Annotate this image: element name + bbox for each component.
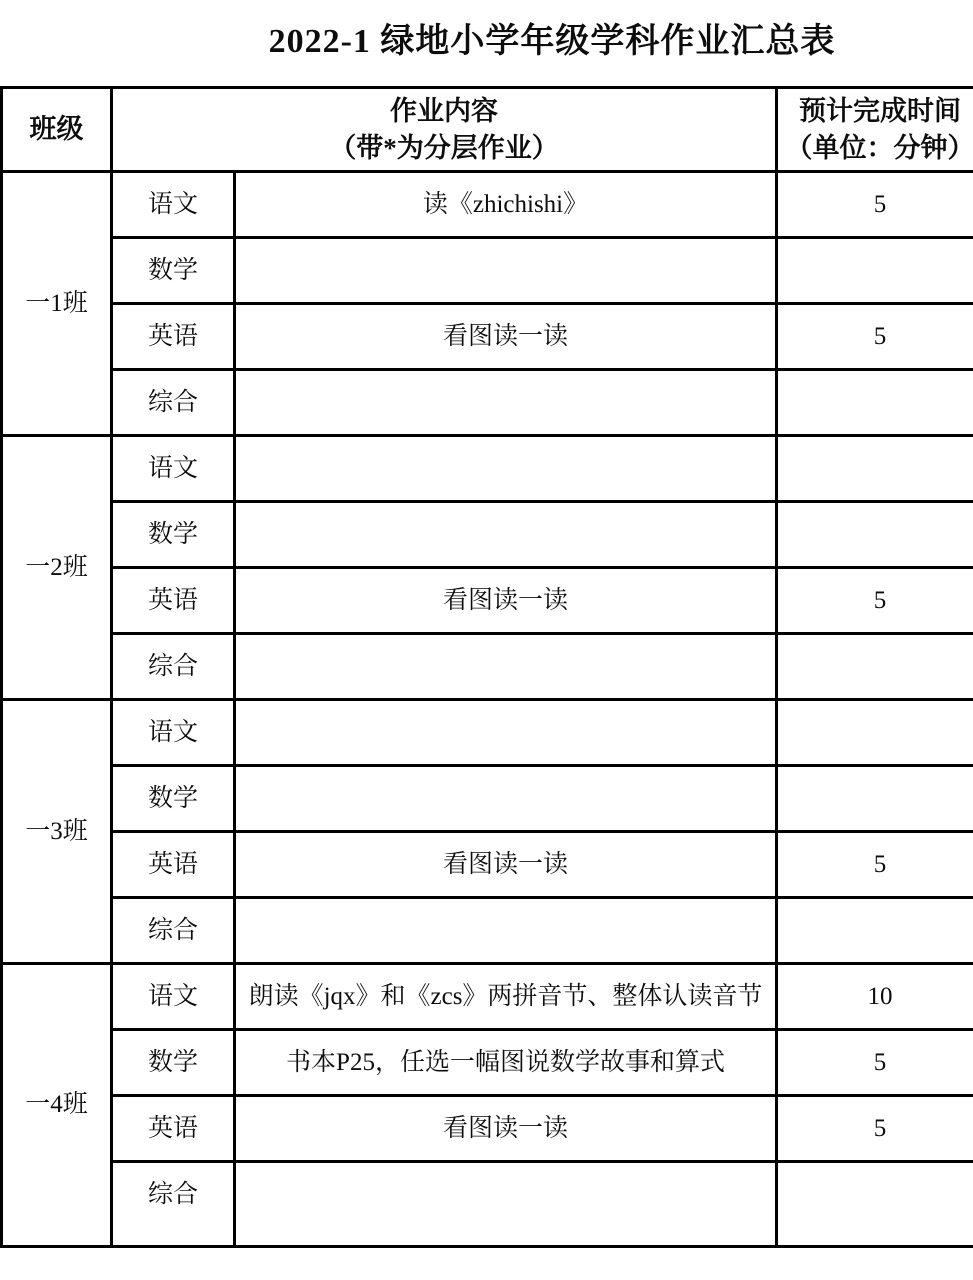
time-cell: 5 [777, 172, 973, 238]
subject-cell: 英语 [112, 568, 235, 634]
time-cell [777, 1162, 973, 1247]
subject-cell: 语文 [112, 964, 235, 1030]
subject-cell: 数学 [112, 238, 235, 304]
table-row: 英语 看图读一读 5 [2, 568, 973, 634]
subject-cell: 语文 [112, 172, 235, 238]
class-label-1: 一1班 [2, 172, 112, 436]
time-cell: 5 [777, 1030, 973, 1096]
table-row: 综合 [2, 634, 973, 700]
subject-cell: 英语 [112, 304, 235, 370]
subject-cell: 综合 [112, 1162, 235, 1247]
header-content: 作业内容 （带*为分层作业） [112, 88, 777, 172]
time-cell [777, 238, 973, 304]
table-row: 数学 [2, 766, 973, 832]
time-cell [777, 898, 973, 964]
time-cell [777, 370, 973, 436]
table-row: 综合 [2, 370, 973, 436]
table-row: 英语 看图读一读 5 [2, 832, 973, 898]
time-cell: 5 [777, 1096, 973, 1162]
time-cell [777, 436, 973, 502]
subject-cell: 综合 [112, 898, 235, 964]
header-class: 班级 [2, 88, 112, 172]
table-row: 综合 [2, 898, 973, 964]
subject-cell: 语文 [112, 700, 235, 766]
subject-cell: 语文 [112, 436, 235, 502]
subject-cell: 综合 [112, 370, 235, 436]
table-row: 数学 [2, 502, 973, 568]
subject-cell: 数学 [112, 502, 235, 568]
table-row: 一2班 语文 [2, 436, 973, 502]
table-row: 一3班 语文 [2, 700, 973, 766]
homework-summary-table: 班级 作业内容 （带*为分层作业） 预计完成时间 （单位：分钟） 一1班 语文 … [0, 86, 973, 1248]
page-title: 2022-1 绿地小学年级学科作业汇总表 [269, 13, 836, 62]
table-row: 综合 [2, 1162, 973, 1247]
header-time: 预计完成时间 （单位：分钟） [777, 88, 973, 172]
time-cell: 5 [777, 832, 973, 898]
content-cell [235, 502, 777, 568]
class-label-3: 一3班 [2, 700, 112, 964]
time-cell: 5 [777, 568, 973, 634]
content-cell: 看图读一读 [235, 568, 777, 634]
class-label-2: 一2班 [2, 436, 112, 700]
document-page: 2022-1 绿地小学年级学科作业汇总表 班级 作业内容 （带*为分层作业） 预… [0, 0, 973, 1280]
subject-cell: 英语 [112, 832, 235, 898]
content-cell [235, 238, 777, 304]
time-cell [777, 634, 973, 700]
header-content-line2: （带*为分层作业） [113, 130, 775, 167]
content-cell: 朗读《jqx》和《zcs》两拼音节、整体认读音节 [235, 964, 777, 1030]
content-cell [235, 1162, 777, 1247]
time-cell [777, 700, 973, 766]
content-cell [235, 634, 777, 700]
content-cell: 看图读一读 [235, 1096, 777, 1162]
header-time-line2: （单位：分钟） [778, 130, 973, 167]
class-label-4: 一4班 [2, 964, 112, 1247]
time-cell [777, 766, 973, 832]
header-time-line1: 预计完成时间 [778, 93, 973, 130]
content-cell: 书本P25，任选一幅图说数学故事和算式 [235, 1030, 777, 1096]
subject-cell: 综合 [112, 634, 235, 700]
content-cell [235, 766, 777, 832]
table-header-row: 班级 作业内容 （带*为分层作业） 预计完成时间 （单位：分钟） [2, 88, 973, 172]
time-cell [777, 502, 973, 568]
time-cell: 5 [777, 304, 973, 370]
table-row: 数学 书本P25，任选一幅图说数学故事和算式 5 [2, 1030, 973, 1096]
content-cell: 读《zhichishi》 [235, 172, 777, 238]
table-row: 一1班 语文 读《zhichishi》 5 [2, 172, 973, 238]
content-cell [235, 370, 777, 436]
table-row: 一4班 语文 朗读《jqx》和《zcs》两拼音节、整体认读音节 10 [2, 964, 973, 1030]
table-row: 英语 看图读一读 5 [2, 1096, 973, 1162]
table-row: 英语 看图读一读 5 [2, 304, 973, 370]
subject-cell: 数学 [112, 1030, 235, 1096]
content-cell [235, 898, 777, 964]
content-cell [235, 700, 777, 766]
time-cell: 10 [777, 964, 973, 1030]
header-content-line1: 作业内容 [113, 93, 775, 130]
content-cell: 看图读一读 [235, 304, 777, 370]
content-cell: 看图读一读 [235, 832, 777, 898]
content-cell [235, 436, 777, 502]
table-row: 数学 [2, 238, 973, 304]
subject-cell: 英语 [112, 1096, 235, 1162]
subject-cell: 数学 [112, 766, 235, 832]
